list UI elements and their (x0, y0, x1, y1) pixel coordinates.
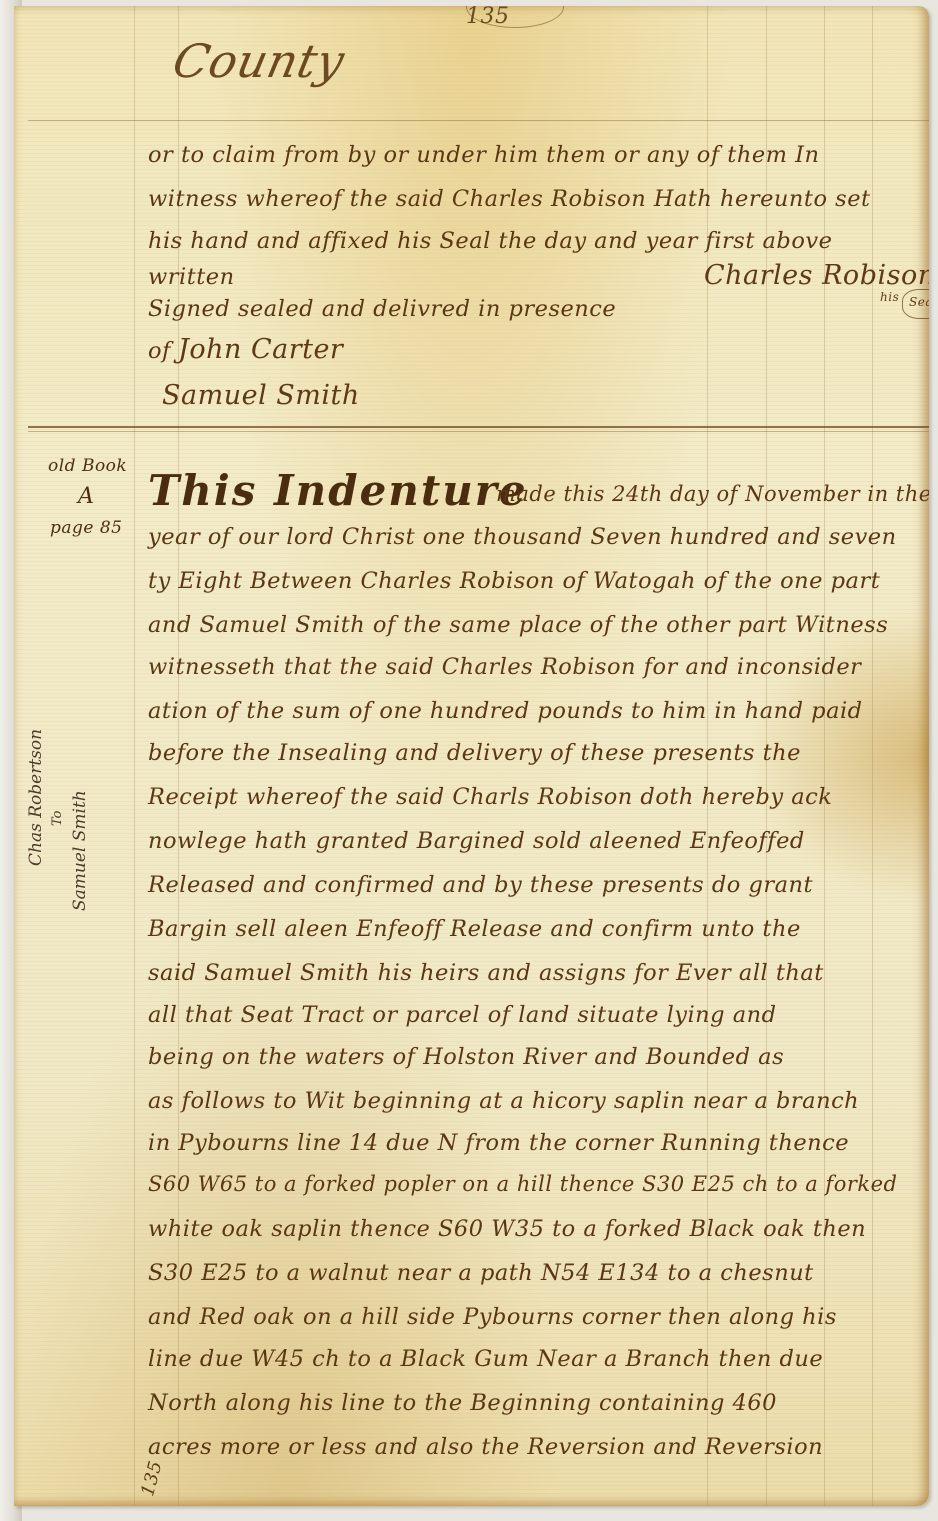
text-line: nowlege hath granted Bargined sold aleen… (148, 828, 805, 854)
text-line: as follows to Wit beginning at a hicory … (148, 1088, 859, 1114)
text-line: witness whereof the said Charles Robison… (148, 186, 871, 212)
text-line: witnesseth that the said Charles Robison… (148, 654, 861, 680)
text-line: written (148, 264, 235, 290)
text-line: made this 24th day of November in the (496, 482, 929, 506)
bottom-page-number: 135 (137, 1458, 167, 1498)
text-line: Receipt whereof the said Charls Robison … (148, 784, 832, 810)
manuscript-page: 135 County or to claim from by or under … (14, 6, 929, 1506)
vertical-note-to: To (50, 811, 65, 827)
deed-divider-rule (28, 431, 929, 432)
vertical-note-grantee: Samuel Smith (70, 790, 90, 911)
witness-name: Samuel Smith (162, 380, 360, 411)
indenture-heading: This Indenture (148, 466, 528, 515)
text-line: before the Insealing and delivery of the… (148, 740, 801, 766)
text-line: and Samuel Smith of the same place of th… (148, 612, 888, 638)
text-line: ation of the sum of one hundred pounds t… (148, 698, 863, 724)
seal-prefix: his (880, 290, 899, 304)
text-line: S30 E25 to a walnut near a path N54 E134… (148, 1260, 814, 1286)
text-line: his hand and affixed his Seal the day an… (148, 228, 832, 254)
text-line: line due W45 ch to a Black Gum Near a Br… (148, 1346, 823, 1372)
text-line: all that Seat Tract or parcel of land si… (148, 1002, 777, 1028)
book-letter: A (78, 484, 94, 509)
deed-divider-rule (28, 426, 929, 428)
header-rule (28, 120, 929, 121)
witness-name: John Carter (178, 334, 343, 365)
text-line: North along his line to the Beginning co… (148, 1390, 777, 1416)
text-line: said Samuel Smith his heirs and assigns … (148, 960, 824, 986)
old-book-label: old Book (48, 456, 127, 476)
text-line: being on the waters of Holston River and… (148, 1044, 784, 1070)
text-line: ty Eight Between Charles Robison of Wato… (148, 568, 880, 594)
witnesses-prefix: of (148, 338, 171, 364)
text-line: Bargin sell aleen Enfeoff Release and co… (148, 916, 801, 942)
text-line: in Pybourns line 14 due N from the corne… (148, 1130, 849, 1156)
text-line: year of our lord Christ one thousand Sev… (148, 524, 897, 550)
vertical-note-grantor: Chas Robertson (26, 729, 46, 866)
grantor-signature: Charles Robison (704, 260, 929, 291)
county-heading: County (168, 34, 349, 88)
seal-label: Seal (909, 295, 929, 309)
text-line: S60 W65 to a forked popler on a hill the… (148, 1172, 897, 1196)
attestation-line: Signed sealed and delivred in presence (148, 296, 616, 322)
text-line: and Red oak on a hill side Pybourns corn… (148, 1304, 837, 1330)
text-line: acres more or less and also the Reversio… (148, 1434, 823, 1460)
column-rule (872, 6, 873, 1506)
page-reference: page 85 (50, 518, 123, 538)
text-line: or to claim from by or under him them or… (148, 142, 820, 168)
page-number: 135 (466, 6, 510, 29)
text-line: white oak saplin thence S60 W35 to a for… (148, 1216, 866, 1242)
text-line: Released and confirmed and by these pres… (148, 872, 813, 898)
margin-rule (134, 6, 135, 1506)
